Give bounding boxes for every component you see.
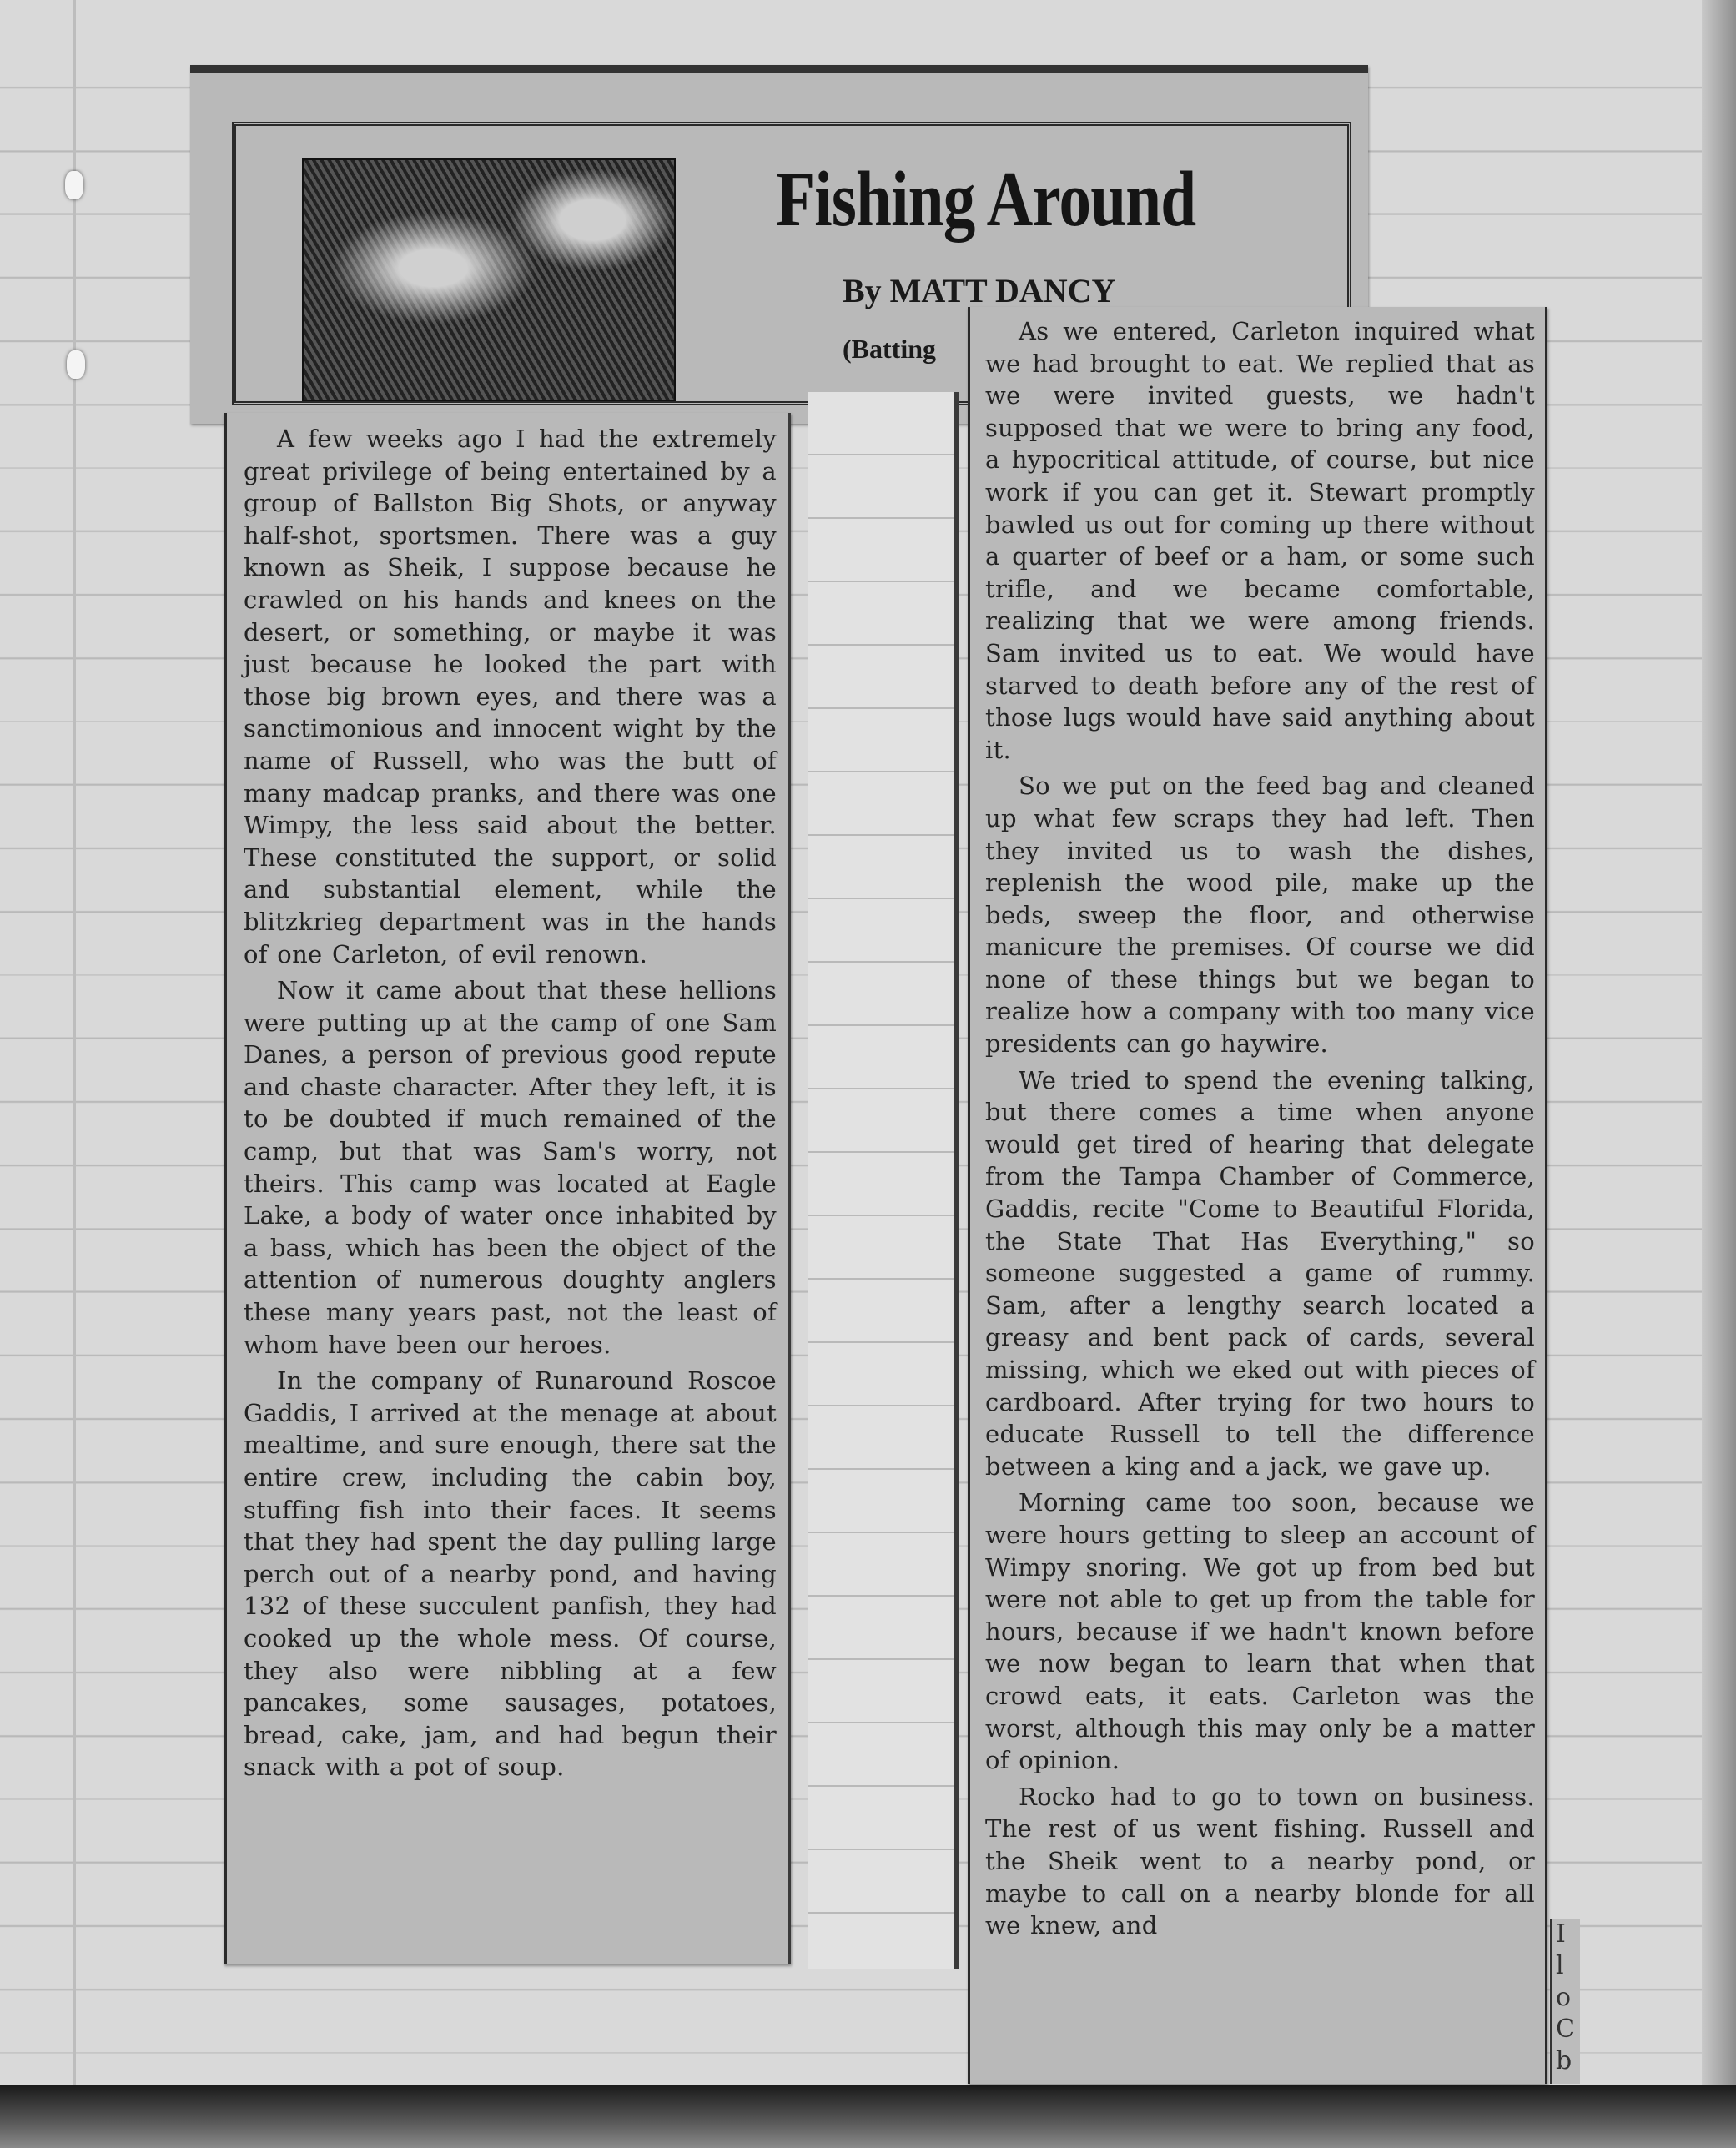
page-bottom-shadow xyxy=(0,2085,1736,2148)
left-column-clipping: A few weeks ago I had the extremely grea… xyxy=(224,413,791,1964)
paragraph: As we entered, Carleton inquired what we… xyxy=(985,315,1535,766)
fragment-letter: l xyxy=(1556,1950,1580,1982)
adjacent-column-fragment: I l o C b xyxy=(1550,1919,1580,2084)
page-edge xyxy=(1702,0,1736,2102)
fisherman-illustration xyxy=(302,158,676,401)
paragraph: In the company of Runaround Roscoe Gaddi… xyxy=(244,1365,777,1783)
fragment-letter: b xyxy=(1556,2045,1580,2077)
notebook-margin-line xyxy=(73,0,76,2085)
paragraph: Rocko had to go to town on business. The… xyxy=(985,1781,1535,1942)
fragment-letter: I xyxy=(1556,1919,1580,1950)
paragraph: So we put on the feed bag and cleaned up… xyxy=(985,770,1535,1059)
paragraph: A few weeks ago I had the extremely grea… xyxy=(244,423,777,970)
article-headline: Fishing Around xyxy=(776,154,1195,244)
right-column-clipping: As we entered, Carleton inquired what we… xyxy=(968,307,1547,2084)
binder-hole xyxy=(67,350,85,379)
fragment-letter: C xyxy=(1556,2014,1580,2045)
article-byline-subtitle: (Batting xyxy=(843,334,968,365)
article-byline: By MATT DANCY xyxy=(843,271,1115,310)
paragraph: We tried to spend the evening talking, b… xyxy=(985,1064,1535,1483)
exposed-notebook-strip xyxy=(808,392,959,1969)
paragraph: Now it came about that these hellions we… xyxy=(244,974,777,1361)
binder-hole xyxy=(65,171,83,199)
paragraph: Morning came too soon, because we were h… xyxy=(985,1486,1535,1776)
fragment-letter: o xyxy=(1556,1982,1580,2014)
